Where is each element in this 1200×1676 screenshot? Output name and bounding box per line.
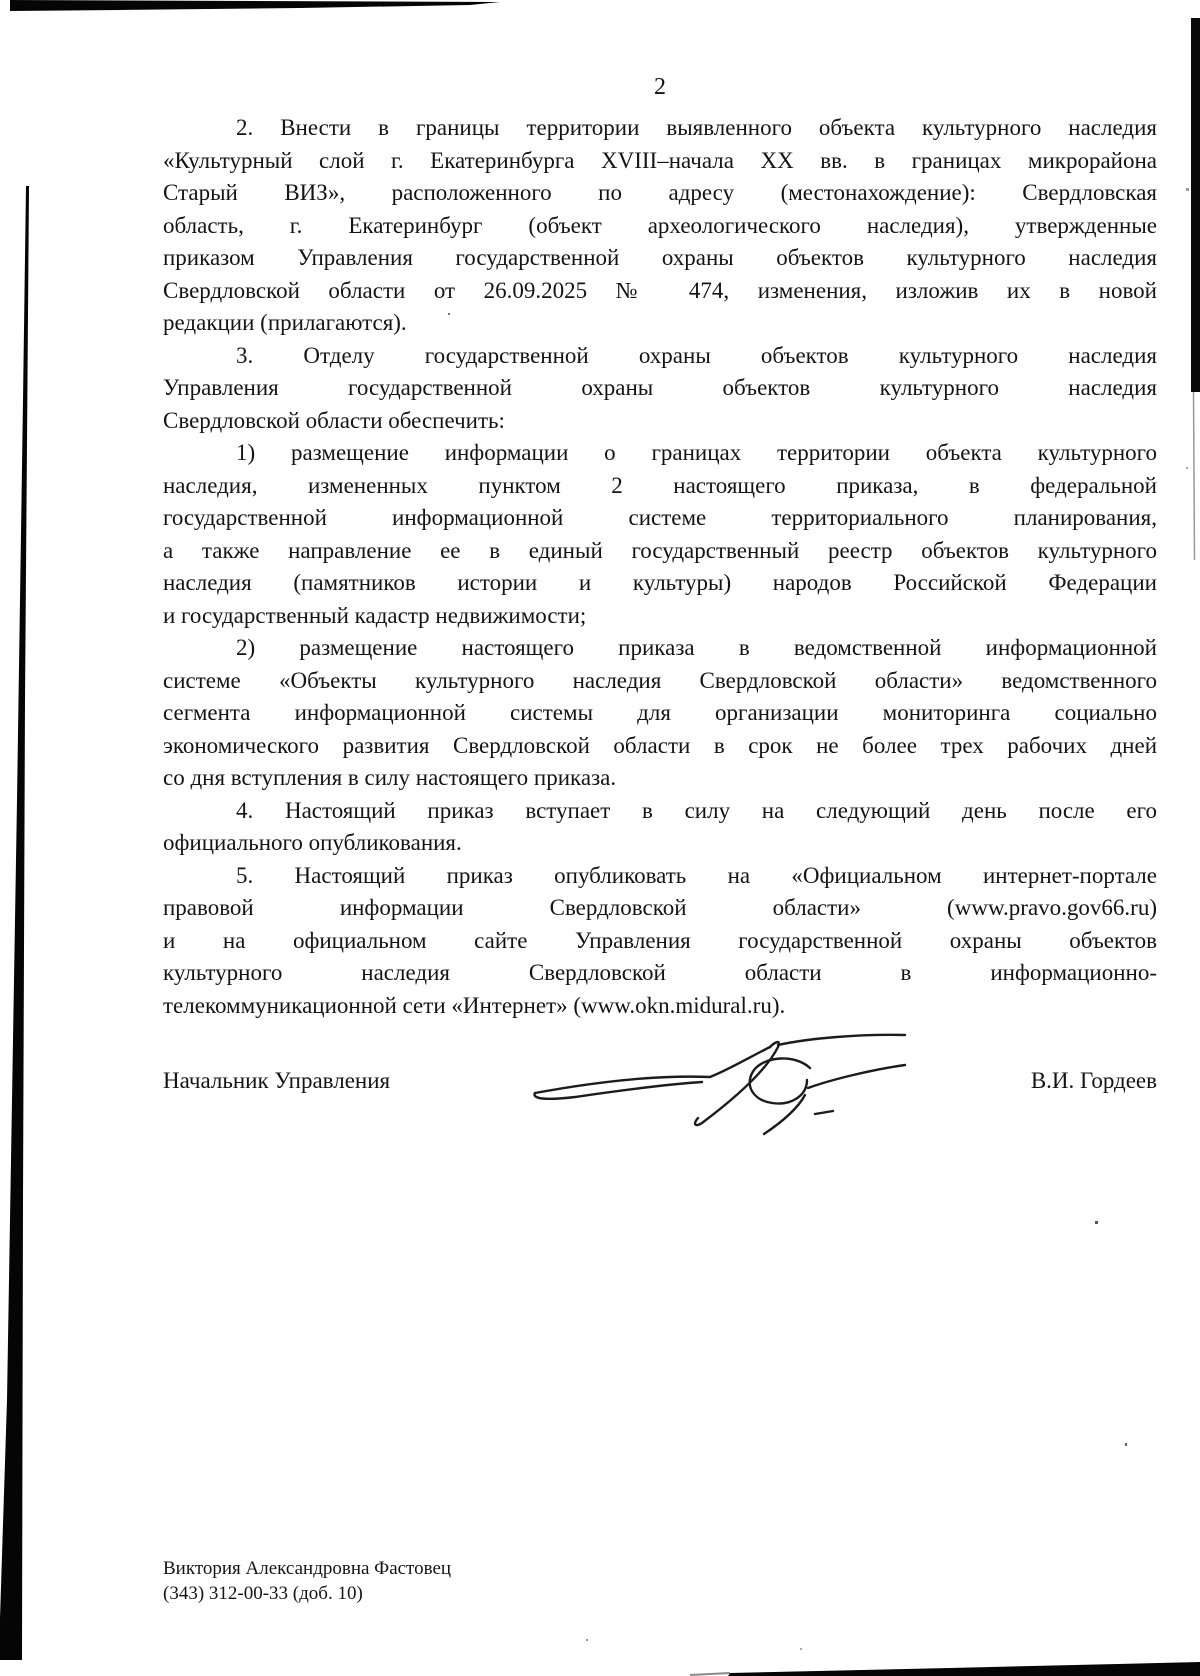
signer-position: Начальник Управления: [163, 1068, 390, 1094]
footer-contact: Виктория Александровна Фастовец (343) 31…: [163, 1556, 451, 1606]
text-line: экономического развития Свердловской обл…: [163, 730, 1157, 763]
text-line: 1) размещение информации о границах терр…: [163, 437, 1157, 470]
text-line: а также направление ее в единый государс…: [163, 535, 1157, 568]
scan-artifact-left-edge: [0, 186, 29, 1660]
document-body: 2. Внести в границы территории выявленно…: [163, 112, 1157, 1022]
text-line: 4. Настоящий приказ вступает в силу на с…: [163, 795, 1157, 828]
paragraph: 3. Отделу государственной охраны объекто…: [163, 340, 1157, 438]
contact-phone: (343) 312-00-33 (доб. 10): [163, 1581, 451, 1606]
text-line: со дня вступления в силу настоящего прик…: [163, 762, 1157, 795]
dust-speck: [448, 313, 450, 315]
text-line: правовой информации Свердловской области…: [163, 892, 1157, 925]
text-line: 5. Настоящий приказ опубликовать на «Офи…: [163, 860, 1157, 893]
dust-speck: [800, 1648, 802, 1650]
signer-name: В.И. Гордеев: [1031, 1068, 1157, 1094]
scanned-document-page: 2 2. Внести в границы территории выявлен…: [0, 0, 1200, 1676]
page-number: 2: [163, 74, 1157, 101]
text-line: и на официальном сайте Управления госуда…: [163, 925, 1157, 958]
contact-name: Виктория Александровна Фастовец: [163, 1556, 451, 1581]
signature-stroke: [695, 1042, 779, 1125]
text-line: сегмента информационной системы для орга…: [163, 697, 1157, 730]
signature-stroke: [750, 1058, 810, 1103]
text-line: и государственный кадастр недвижимости;: [163, 600, 1157, 633]
signature-stroke: [808, 1065, 905, 1088]
text-line: культурного наследия Свердловской област…: [163, 957, 1157, 990]
text-line: приказом Управления государственной охра…: [163, 242, 1157, 275]
text-line: редакции (прилагаются).: [163, 307, 1157, 340]
text-line: системе «Объекты культурного наследия Св…: [163, 665, 1157, 698]
signature-stroke: [534, 1082, 702, 1099]
text-line: Управления государственной охраны объект…: [163, 372, 1157, 405]
scan-artifact-bottom-lead: [690, 1673, 730, 1675]
text-line: наследия (памятников истории и культуры)…: [163, 567, 1157, 600]
signature-stroke: [764, 1095, 805, 1134]
text-line: область, г. Екатеринбург (объект археоло…: [163, 210, 1157, 243]
signature-stroke: [778, 1035, 905, 1045]
dust-speck: [1125, 1443, 1127, 1446]
text-line: официального опубликования.: [163, 827, 1157, 860]
text-line: «Культурный слой г. Екатеринбурга XVIII–…: [163, 145, 1157, 178]
scan-artifact-top-edge: [10, 0, 500, 11]
dust-speck: [1186, 467, 1188, 469]
handwritten-signature-icon: [480, 990, 920, 1170]
paragraph: 2. Внести в границы территории выявленно…: [163, 112, 1157, 340]
text-line: государственной информационной системе т…: [163, 502, 1157, 535]
paragraph: 1) размещение информации о границах терр…: [163, 437, 1157, 632]
text-line: Старый ВИЗ», расположенного по адресу (м…: [163, 177, 1157, 210]
text-line: 3. Отделу государственной охраны объекто…: [163, 340, 1157, 373]
text-line: Свердловской области обеспечить:: [163, 405, 1157, 438]
dust-speck: [1186, 188, 1189, 191]
signature-stroke: [815, 1111, 833, 1114]
scan-artifact-right-edge: [1191, 18, 1200, 392]
paragraph: 2) размещение настоящего приказа в ведом…: [163, 632, 1157, 795]
text-line: наследия, измененных пунктом 2 настоящег…: [163, 470, 1157, 503]
text-line: Свердловской области от 26.09.2025 № 474…: [163, 275, 1157, 308]
text-line: 2. Внести в границы территории выявленно…: [163, 112, 1157, 145]
text-line: 2) размещение настоящего приказа в ведом…: [163, 632, 1157, 665]
paragraph: 4. Настоящий приказ вступает в силу на с…: [163, 795, 1157, 860]
scan-artifact-right-line: [1194, 392, 1195, 560]
scan-artifact-bottom-edge: [728, 1662, 1200, 1676]
dust-speck: [1095, 1221, 1098, 1224]
dust-speck: [586, 1639, 588, 1641]
